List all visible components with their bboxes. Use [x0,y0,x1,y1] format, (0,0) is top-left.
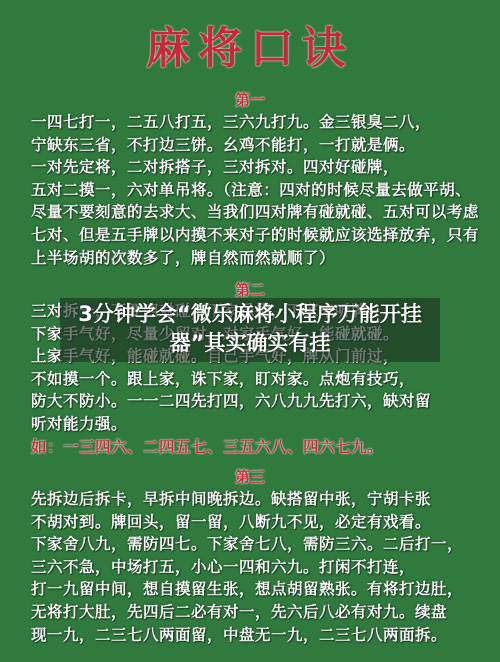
section-1-line: 一四七打一，二五八打五，三六九打九。金三银臭二八， [31,111,491,134]
section-3-line: 打一九留中间，想自摸留生张，想点胡留熟张。有将打边肚， [31,578,491,601]
section-1-line: 五对二摸一，六对单吊将。（注意：四对的时候尽量去做平胡、 [31,179,491,202]
caption-overlay: 3分钟学会“微乐麻将小程序万能开挂 器”其实确实有挂 [60,300,440,358]
section-2-line: 听对能力强。 [31,413,491,436]
section-2-line: 防大不防小。一一二四先打四，六八九九先打六，缺对留 [31,390,491,413]
section-1-body: 一四七打一，二五八打五，三六九打九。金三银臭二八， 宁缺东三省，不打边三饼。幺鸡… [31,111,491,269]
section-1-line: 七对、但是五手牌以内摸不来对子的时候就应该选择放弃，只有 [31,224,491,247]
section-3-line: 无将打大肚，先四后二必有对一，先六后八必有对九。续盘 [31,601,491,624]
section-1-line: 一对先定将，二对拆搭子，三对拆对。四对好碰牌， [31,156,491,179]
section-3-line: 三六不急，中场打五，小心一四和六九。打闲不打连， [31,556,491,579]
page-title: 麻将口诀 [0,12,500,76]
section-2-example: 如：一三四六、二四五七、三五六八、四六七九。 [31,436,491,459]
section-heading-2: 第二 [0,279,500,300]
section-heading-3: 第三 [0,466,500,487]
section-2-line: 不如摸一个。跟上家，诛下家，盯对家。点炮有技巧， [31,368,491,391]
section-3-line: 下家舍八九，需防四七。下家舍七八，需防三六。二后打一， [31,533,491,556]
section-1-line: 上半场胡的次数多了，牌自然而然就顺了） [31,247,491,270]
section-1-line: 宁缺东三省，不打边三饼。幺鸡不能打，一打就是俩。 [31,134,491,157]
caption-line-2: 器”其实确实有挂 [60,329,440,358]
section-heading-1: 第一 [0,89,500,110]
section-3-line: 先拆边后拆卡，早拆中间晚拆边。缺搭留中张，宁胡卡张 [31,488,491,511]
section-3-line: 现一九，二三七八两面留，中盘无一九，二三七八两面拆。 [31,624,491,647]
section-3-line: 不胡对到。牌回头，留一留，八断九不见，必定有戏看。 [31,511,491,534]
caption-line-1: 3分钟学会“微乐麻将小程序万能开挂 [60,300,440,329]
section-3-body: 先拆边后拆卡，早拆中间晚拆边。缺搭留中张，宁胡卡张 不胡对到。牌回头，留一留，八… [31,488,491,646]
section-1-line: 尽量不要刻意的去求大、当我们四对牌有碰就碰、五对可以考虑 [31,201,491,224]
